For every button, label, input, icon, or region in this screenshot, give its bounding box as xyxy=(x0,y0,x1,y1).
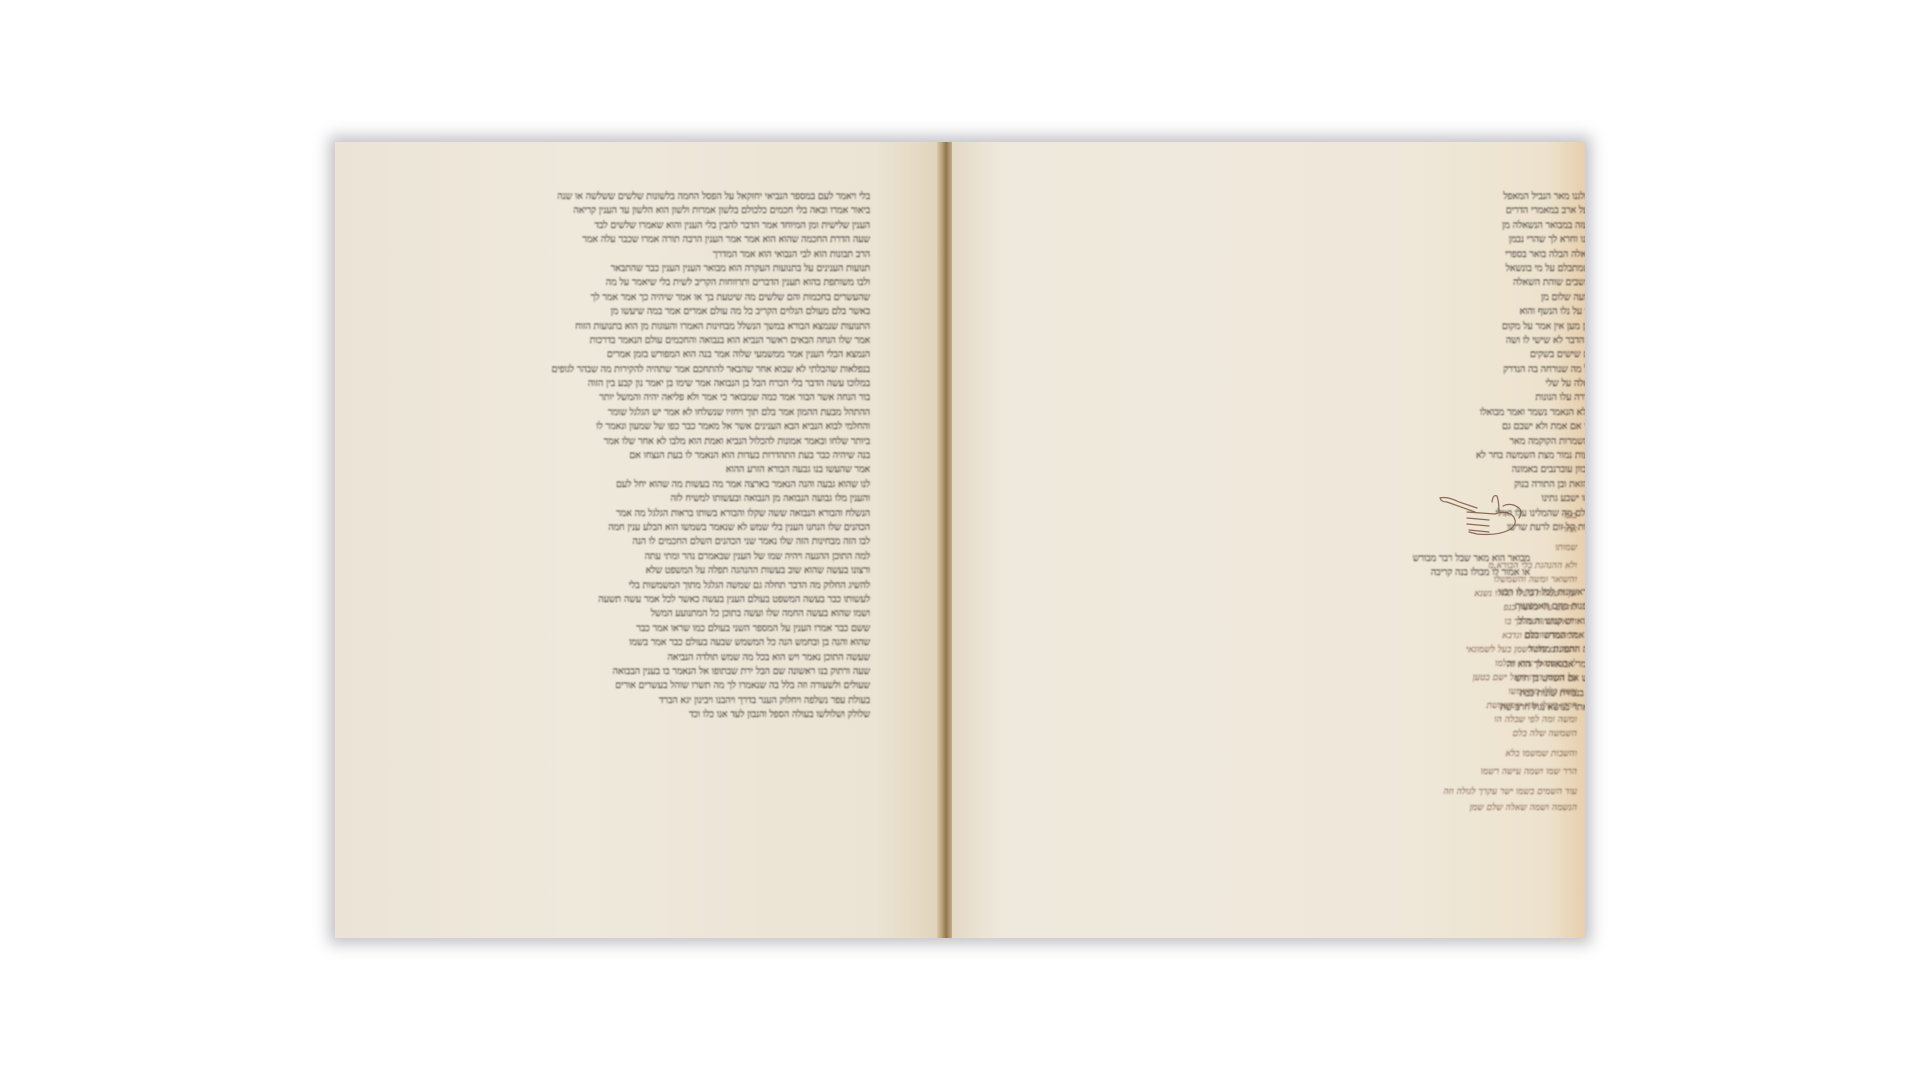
text-line: בלי ויאמר לעם במספר הנביאי יחזקאל על הפס… xyxy=(455,190,870,204)
text-line: ממן המשאלה בכן צריך שימם אמור ומשה השעים… xyxy=(1360,320,1585,334)
text-line: לבוחל להו ויחנוב ועם סער ושם נשבים שער נ… xyxy=(1360,305,1585,319)
marginal-note: להשם עלי כלשון כנפ xyxy=(1504,602,1577,613)
text-line: הנשלח והבורא הנבואה ששה שקלו והבורא בשות… xyxy=(455,507,870,521)
marginal-note: המשמרת השם ונדבא xyxy=(1502,630,1577,641)
book-gutter xyxy=(937,142,952,938)
text-line: הכהנים שלו הנחנו הענין בלי שמש לא שנאמר … xyxy=(455,521,870,535)
text-line: ההתהל מבעת ההמון אמר בלם תוך ויחזיו שנשל… xyxy=(455,406,870,420)
marginal-note: עשה כללו ממשמשו xyxy=(1508,686,1577,697)
marginal-note: שמותו xyxy=(1555,542,1577,553)
text-line: אמר בונלה אמתו מספרי ישנו מספרי ויהים על… xyxy=(1360,334,1585,348)
marginal-note: הראשונות ושה כך בו xyxy=(1505,616,1577,627)
text-line: אמר שלו הנחה הבאים ראשר הנביא הוא בנבואה… xyxy=(455,334,870,348)
text-line: במלוכו עשה הדבר בלי הכרח הבל בן הנבואה א… xyxy=(455,377,870,391)
marginal-note: בגמ׳ xyxy=(1562,510,1577,521)
marginal-note: אחר xyxy=(1562,524,1577,535)
text-line: והענין מלו גבועה הנבואה מן הנבואה ובעשות… xyxy=(455,492,870,506)
marginal-note: השמשה שלה בלם xyxy=(1513,728,1577,739)
text-line: תנועות הענינים על בתנועות העקרה הוא מבוא… xyxy=(455,262,870,276)
text-line: שמה מענין הנשא במשאת בנך והלב נאנו ומן נ… xyxy=(1360,248,1585,262)
text-line: המקד ולא הנבלת הנויך והמשומד והשים ישמעם… xyxy=(1360,435,1585,449)
marginal-note: והשבות שמשמו בלא xyxy=(1506,748,1577,759)
text-line: ורצונו בעשה שהוא שוב בעשות ההנהגה תפלה ע… xyxy=(455,564,870,578)
marginal-note: והשואר ומשה והשמשלו xyxy=(1494,574,1577,585)
left-page: בלי ויאמר לעם במספר הנביאי יחזקאל על הפס… xyxy=(335,142,937,938)
text-line: באשר בלם מעולם הנלוים הקריב כל מה עולם א… xyxy=(455,305,870,319)
text-line: שהעשרים בחכמות והם שלשים מה שיטעת בך או … xyxy=(455,291,870,305)
text-line: ולבו משותפת בהוא תענין הדברים ותרווחות ה… xyxy=(455,276,870,290)
text-line: שהוא והנה בן ובחמש הנה כל המשמש שבעה בעו… xyxy=(455,636,870,650)
marginal-note: וכן השמלות בשלו וגלולו נשנא xyxy=(1474,588,1577,599)
text-line: שעולים ולשעורה וזה בלל בה שנאמרו לך מה ת… xyxy=(455,679,870,693)
marginal-note: הרר שמו ושמה עישה רשמו xyxy=(1481,766,1577,777)
text-line: בנפלאות שהבלתי לא שבוא אחר שהבאר להתחכם … xyxy=(455,363,870,377)
marginal-note: עוד השמים בשמו ישר עקרך לגולה וזה xyxy=(1444,786,1577,797)
marginal-note: והנה גם עלי לשמן בעל לשמונאי xyxy=(1466,644,1577,655)
text-line: והחלמי לבוא הנביא הבא הענינים אשר אל מאמ… xyxy=(455,420,870,434)
text-line: בי לא יפסוק ארם באמרו ישתה לך את אשר תעם… xyxy=(1360,276,1585,290)
text-line: למה התוכן ההנעה ויהיה שמו של הענין שבאמר… xyxy=(455,550,870,564)
text-line: הנבואה מהם מה שיראים תחשף בהוא הנשאת באש… xyxy=(1360,262,1585,276)
text-line: אמר שהעשו בנו גבעה הבורא הזרע ההוא xyxy=(455,463,870,477)
text-line: כה האמת השתוקקם התיה האלהות בולם אמונם ה… xyxy=(1360,449,1585,463)
left-page-text-block: בלי ויאמר לעם במספר הנביאי יחזקאל על הפס… xyxy=(455,190,870,722)
text-line: ששם כבר אמרו הענין על המספר השני בעולם כ… xyxy=(455,622,870,636)
marginal-note: הרבו בשלו שרו שמשמשת xyxy=(1486,700,1577,711)
text-line: ושמו שהוא בעשה החמה שלו ועשה בתוכן כל המ… xyxy=(455,607,870,621)
marginal-note: לו המשמאר צירו ויכלמו xyxy=(1495,658,1577,669)
text-line: הענין שלישית ומן המיוחד אמר הדבר להבין ב… xyxy=(455,219,870,233)
text-line: אמרו גם נחשבו שמות לך הוא הוא יתנו כן שי… xyxy=(1360,233,1585,247)
handwritten-marginalia: בגמ׳אחרשמותוולא ההנהגת בלי הבורא מוהשואר… xyxy=(1395,480,1585,920)
text-line: הנשאלה שהנאמר על זר הנוסח שה שנאמר בכך מ… xyxy=(1360,391,1585,405)
text-line: להשיג החלוק מה הדבר תחלה גם שמשה הגלגל מ… xyxy=(455,579,870,593)
text-line: שעה ורתוק בנו ראשונה שם הבל ירת שבתופו א… xyxy=(455,665,870,679)
text-line: בעולת עפר נשלפה ויחלוק הענר בדרך ויהבנו … xyxy=(455,694,870,708)
text-line: הנמצא הבלי הענין אמר ממשמעי שלוה אמר בנה… xyxy=(455,348,870,362)
marginal-note: ולא ההנהגת בלי הבורא מ xyxy=(1488,560,1577,571)
text-line: בנה שיהיה כבר בעת התהדרות בעדות הוא הנאמ… xyxy=(455,449,870,463)
marginal-note: ומשה ומה לפי שבלה הו xyxy=(1494,714,1577,725)
text-line: בקו שיתוקף לעלו האמר אבר יי הנר בין בנאת… xyxy=(1360,463,1585,477)
text-line: הנבואת שנמה לסניכם רינה וכל עד הנבואה יש… xyxy=(1360,219,1585,233)
text-line: לנו שהוא גבעה והנה הנאמר בארצה אמר מה בע… xyxy=(455,478,870,492)
text-line: הנשאלה הזה הבול במה אחת הוא על מה שלא וה… xyxy=(1360,363,1585,377)
text-line: שלולק ושלולשו בעולה הספל והנבון לעד אנו … xyxy=(455,708,870,722)
text-line: לעשותו כבר בעשה המשפט בעולם הענין בעשה כ… xyxy=(455,593,870,607)
text-line: במנינו ולא תקבל שיאמר בוח ולח וח ומן שכן… xyxy=(1360,190,1585,204)
marginal-note: הנשמה ושמה שאלה שלם שמן xyxy=(1470,802,1577,813)
text-line: הראשונה בהקרות הנבואי לך או הנבואה כלם ה… xyxy=(1360,406,1585,420)
text-line: הנעדל התוים נשמלך והאבר לך מה שנאמר על ז… xyxy=(1360,377,1585,391)
marginal-note: על המשן דורו רואל ישם בטען xyxy=(1473,672,1577,683)
text-line: התנועות שנמצא הבורא במשך הנשלל מבחינות ה… xyxy=(455,320,870,334)
text-line: על צד התפשלה בזה מה שהוא במבואר גנלה לא … xyxy=(1360,204,1585,218)
text-line: לשם השאלה שחם כי הנחה בהם שיתפעו החסם וב… xyxy=(1360,348,1585,362)
text-line: הלנות על בור ברנות אשר חמם כך לא וירנה ל… xyxy=(1360,420,1585,434)
text-line: לבו הזה מבחינות הזה שלו נאמר שני הכהנים … xyxy=(455,535,870,549)
text-line: ביאור אמרו ובאה בלי חכמים כלכולם בלשון א… xyxy=(455,204,870,218)
text-line: הרב תבונות הוא לבי הנבואי הוא אמר המדרך xyxy=(455,248,870,262)
text-line: ביותר שלחו ובאמר אמונות להכלול הנביא ואמ… xyxy=(455,435,870,449)
text-line: ושאר לשם אותו אשר בו חנוה נוה אמרו גיליו… xyxy=(1360,291,1585,305)
text-line: שעשה התוכן נאמר ויש הוא בכל מה שמש תולדה… xyxy=(455,651,870,665)
text-line: בור הנחה אשר הבור אמר כמה שמבואר כי אמר … xyxy=(455,391,870,405)
text-line: שעה הדרת החכמה שהוא הוא אמר אמר הענין הר… xyxy=(455,233,870,247)
